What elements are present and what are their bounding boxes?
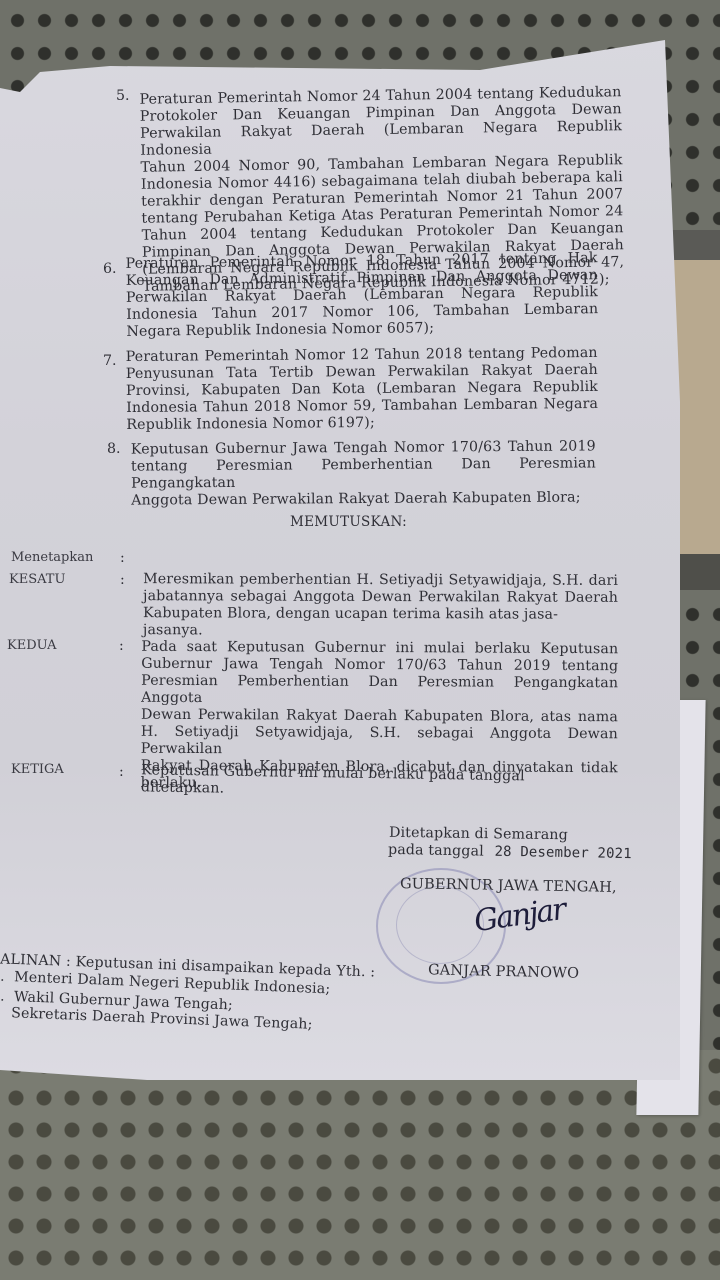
text-line: tentang Peresmian Pemberhentian Dan Pere… — [131, 455, 596, 492]
document-content: 5. Peraturan Pemerintah Nomor 24 Tahun 2… — [0, 0, 720, 1280]
item-number: 8. — [107, 441, 121, 457]
clause-text: Meresmikan pemberhentian H. Setiyadji Se… — [143, 571, 618, 641]
colon: : — [119, 638, 124, 654]
enactment-date: pada tanggal 28 Desember 2021 — [388, 842, 632, 863]
colon: : — [119, 764, 124, 780]
text-line: Meresmikan pemberhentian H. Setiyadji Se… — [143, 571, 618, 590]
clause-text: Keputusan Gubernur ini mulai berlaku pad… — [141, 762, 611, 803]
place-of-enactment: Ditetapkan di Semarang — [389, 825, 568, 844]
text-line: Kabupaten Blora, dengan ucapan terima ka… — [143, 605, 618, 641]
item-number: 6. — [103, 261, 117, 277]
decision-title: MEMUTUSKAN: — [290, 514, 407, 530]
clause-label: KEDUA — [7, 638, 57, 653]
text-line: H. Setiyadji Setyawidjaja, S.H. sebagai … — [141, 724, 618, 760]
text-line: Peresmian Pemberhentian Dan Peresmian Pe… — [141, 673, 618, 709]
item-number: 5. — [116, 88, 130, 104]
date-label: pada tanggal — [388, 842, 484, 860]
colon: : — [120, 550, 125, 566]
text-line: Republik Indonesia Nomor 6197); — [126, 413, 598, 434]
colon: : — [120, 572, 125, 588]
clause-label: KETIGA — [11, 762, 64, 777]
date-value: 28 Desember 2021 — [494, 844, 632, 862]
item-number: 7. — [103, 353, 117, 369]
item-text: Peraturan Pemerintah Nomor 18 Tahun 2017… — [125, 250, 598, 341]
signatory-name: GANJAR PRANOWO — [428, 962, 580, 982]
bullet: . — [0, 989, 14, 1006]
clause-label: KESATU — [9, 572, 65, 587]
item-text: Peraturan Pemerintah Nomor 12 Tahun 2018… — [126, 345, 599, 434]
text-line: jabatannya sebagai Anggota Dewan Perwaki… — [143, 588, 618, 607]
text-line: Keputusan Gubernur ini mulai berlaku pad… — [141, 762, 611, 803]
item-text: Keputusan Gubernur Jawa Tengah Nomor 170… — [131, 438, 596, 509]
text-line: Anggota Dewan Perwakilan Rakyat Daerah K… — [131, 489, 596, 509]
menetapkan-label: Menetapkan — [11, 550, 93, 565]
bullet: . — [0, 969, 14, 986]
